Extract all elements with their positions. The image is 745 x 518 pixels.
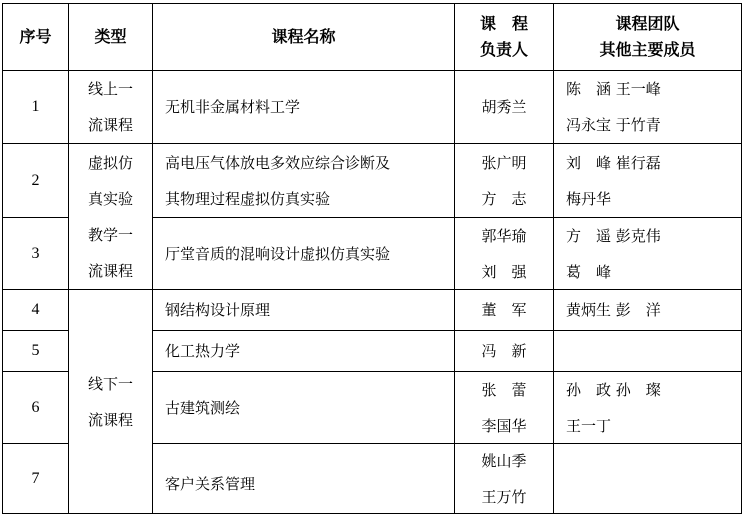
row7-course-name-line1: 客户关系管理 xyxy=(165,466,255,502)
row6-team: 孙 政 孙 璨 王一丁 xyxy=(554,372,741,443)
course-table: 序号 类型 课程名称 课 程 负责人 课程团队 其他主要成员 1 2 3 4 5… xyxy=(2,3,742,514)
type-virtual-line2: 真实验 xyxy=(88,181,133,217)
type-group-virtual: 虚拟仿 真实验 教学一 流课程 xyxy=(69,144,152,289)
row2-course-name-line2: 其物理过程虚拟仿真实验 xyxy=(165,181,330,217)
row2-course-name: 高电压气体放电多效应综合诊断及 其物理过程虚拟仿真实验 xyxy=(153,144,454,217)
header-team: 课程团队 其他主要成员 xyxy=(554,4,741,70)
row6-index-value: 6 xyxy=(32,390,40,426)
row2-lead-line1: 张广明 xyxy=(481,145,526,181)
row7-lead-line1: 姚山季 xyxy=(481,443,526,479)
row7-lead: 姚山季 王万竹 xyxy=(455,444,553,513)
header-index-label: 序号 xyxy=(19,19,51,55)
row6-lead: 张 蕾 李国华 xyxy=(455,372,553,443)
row7-index: 7 xyxy=(3,444,68,513)
row1-index-value: 1 xyxy=(32,89,40,125)
type-group-offline: 线下一 流课程 xyxy=(69,290,152,513)
row3-index: 3 xyxy=(3,218,68,289)
header-course-name: 课程名称 xyxy=(153,4,454,70)
row5-lead: 冯 新 xyxy=(455,331,553,371)
header-index: 序号 xyxy=(3,4,68,70)
row4-course-name-line1: 钢结构设计原理 xyxy=(165,292,270,328)
row1-index: 1 xyxy=(3,71,68,143)
type-online-line2: 流课程 xyxy=(88,107,133,143)
row1-lead-line1: 胡秀兰 xyxy=(481,89,526,125)
row4-course-name: 钢结构设计原理 xyxy=(153,290,454,330)
row3-course-name: 厅堂音质的混响设计虚拟仿真实验 xyxy=(153,218,454,289)
row7-course-name: 客户关系管理 xyxy=(153,444,454,513)
row4-index: 4 xyxy=(3,290,68,330)
header-course-name-label: 课程名称 xyxy=(271,19,335,55)
row1-team: 陈 涵 王一峰 冯永宝 于竹青 xyxy=(554,71,741,143)
row3-team: 方 遥 彭克伟 葛 峰 xyxy=(554,218,741,289)
header-lead-line2: 负责人 xyxy=(480,37,528,63)
row4-team-line1: 黄炳生 彭 洋 xyxy=(566,292,661,328)
type-offline-line2: 流课程 xyxy=(88,402,133,438)
row2-lead: 张广明 方 志 xyxy=(455,144,553,217)
row3-lead-line1: 郭华瑜 xyxy=(481,218,526,254)
row4-team: 黄炳生 彭 洋 xyxy=(554,290,741,330)
row6-team-line1: 孙 政 孙 璨 xyxy=(566,372,661,408)
row2-team: 刘 峰 崔行磊 梅丹华 xyxy=(554,144,741,217)
header-type-label: 类型 xyxy=(94,19,126,55)
row5-index: 5 xyxy=(3,331,68,371)
row3-course-name-line1: 厅堂音质的混响设计虚拟仿真实验 xyxy=(165,236,390,272)
row1-team-line1: 陈 涵 王一峰 xyxy=(566,71,661,107)
row5-lead-line1: 冯 新 xyxy=(481,333,526,369)
row3-team-line1: 方 遥 彭克伟 xyxy=(566,218,661,254)
row6-course-name: 古建筑测绘 xyxy=(153,372,454,443)
row4-lead: 董 军 xyxy=(455,290,553,330)
row3-lead: 郭华瑜 刘 强 xyxy=(455,218,553,289)
row3-lead-line2: 刘 强 xyxy=(481,254,526,290)
row4-lead-line1: 董 军 xyxy=(481,292,526,328)
row4-index-value: 4 xyxy=(32,292,40,328)
row6-lead-line1: 张 蕾 xyxy=(481,372,526,408)
type-online-line1: 线上一 xyxy=(88,71,133,107)
row7-lead-line2: 王万竹 xyxy=(481,479,526,515)
type-offline-line1: 线下一 xyxy=(88,366,133,402)
type-virtual-line3: 教学一 xyxy=(88,217,133,253)
border-bottom xyxy=(2,513,742,514)
row3-index-value: 3 xyxy=(32,236,40,272)
row6-course-name-line1: 古建筑测绘 xyxy=(165,390,240,426)
header-lead-line1: 课 程 xyxy=(480,11,528,37)
type-virtual-line4: 流课程 xyxy=(88,253,133,289)
row2-lead-line2: 方 志 xyxy=(481,181,526,217)
row2-team-line1: 刘 峰 崔行磊 xyxy=(566,145,661,181)
row7-team xyxy=(554,444,741,513)
header-team-line2: 其他主要成员 xyxy=(599,37,695,63)
row1-course-name: 无机非金属材料工学 xyxy=(153,71,454,143)
row7-index-value: 7 xyxy=(32,461,40,497)
row2-course-name-line1: 高电压气体放电多效应综合诊断及 xyxy=(165,145,390,181)
type-group-online: 线上一 流课程 xyxy=(69,71,152,143)
header-type: 类型 xyxy=(69,4,152,70)
row5-team xyxy=(554,331,741,371)
row5-course-name: 化工热力学 xyxy=(153,331,454,371)
type-virtual-line1: 虚拟仿 xyxy=(88,145,133,181)
row6-team-line2: 王一丁 xyxy=(566,408,611,444)
header-lead: 课 程 负责人 xyxy=(455,4,553,70)
row2-team-line2: 梅丹华 xyxy=(566,181,611,217)
header-team-line1: 课程团队 xyxy=(615,11,679,37)
row5-index-value: 5 xyxy=(32,333,40,369)
row2-index: 2 xyxy=(3,144,68,217)
row2-index-value: 2 xyxy=(32,163,40,199)
row5-course-name-line1: 化工热力学 xyxy=(165,333,240,369)
row1-course-name-line1: 无机非金属材料工学 xyxy=(165,89,300,125)
row1-team-line2: 冯永宝 于竹青 xyxy=(566,107,661,143)
row6-lead-line2: 李国华 xyxy=(481,408,526,444)
row3-team-line2: 葛 峰 xyxy=(566,254,611,290)
row1-lead: 胡秀兰 xyxy=(455,71,553,143)
row6-index: 6 xyxy=(3,372,68,443)
border-right xyxy=(741,3,742,514)
